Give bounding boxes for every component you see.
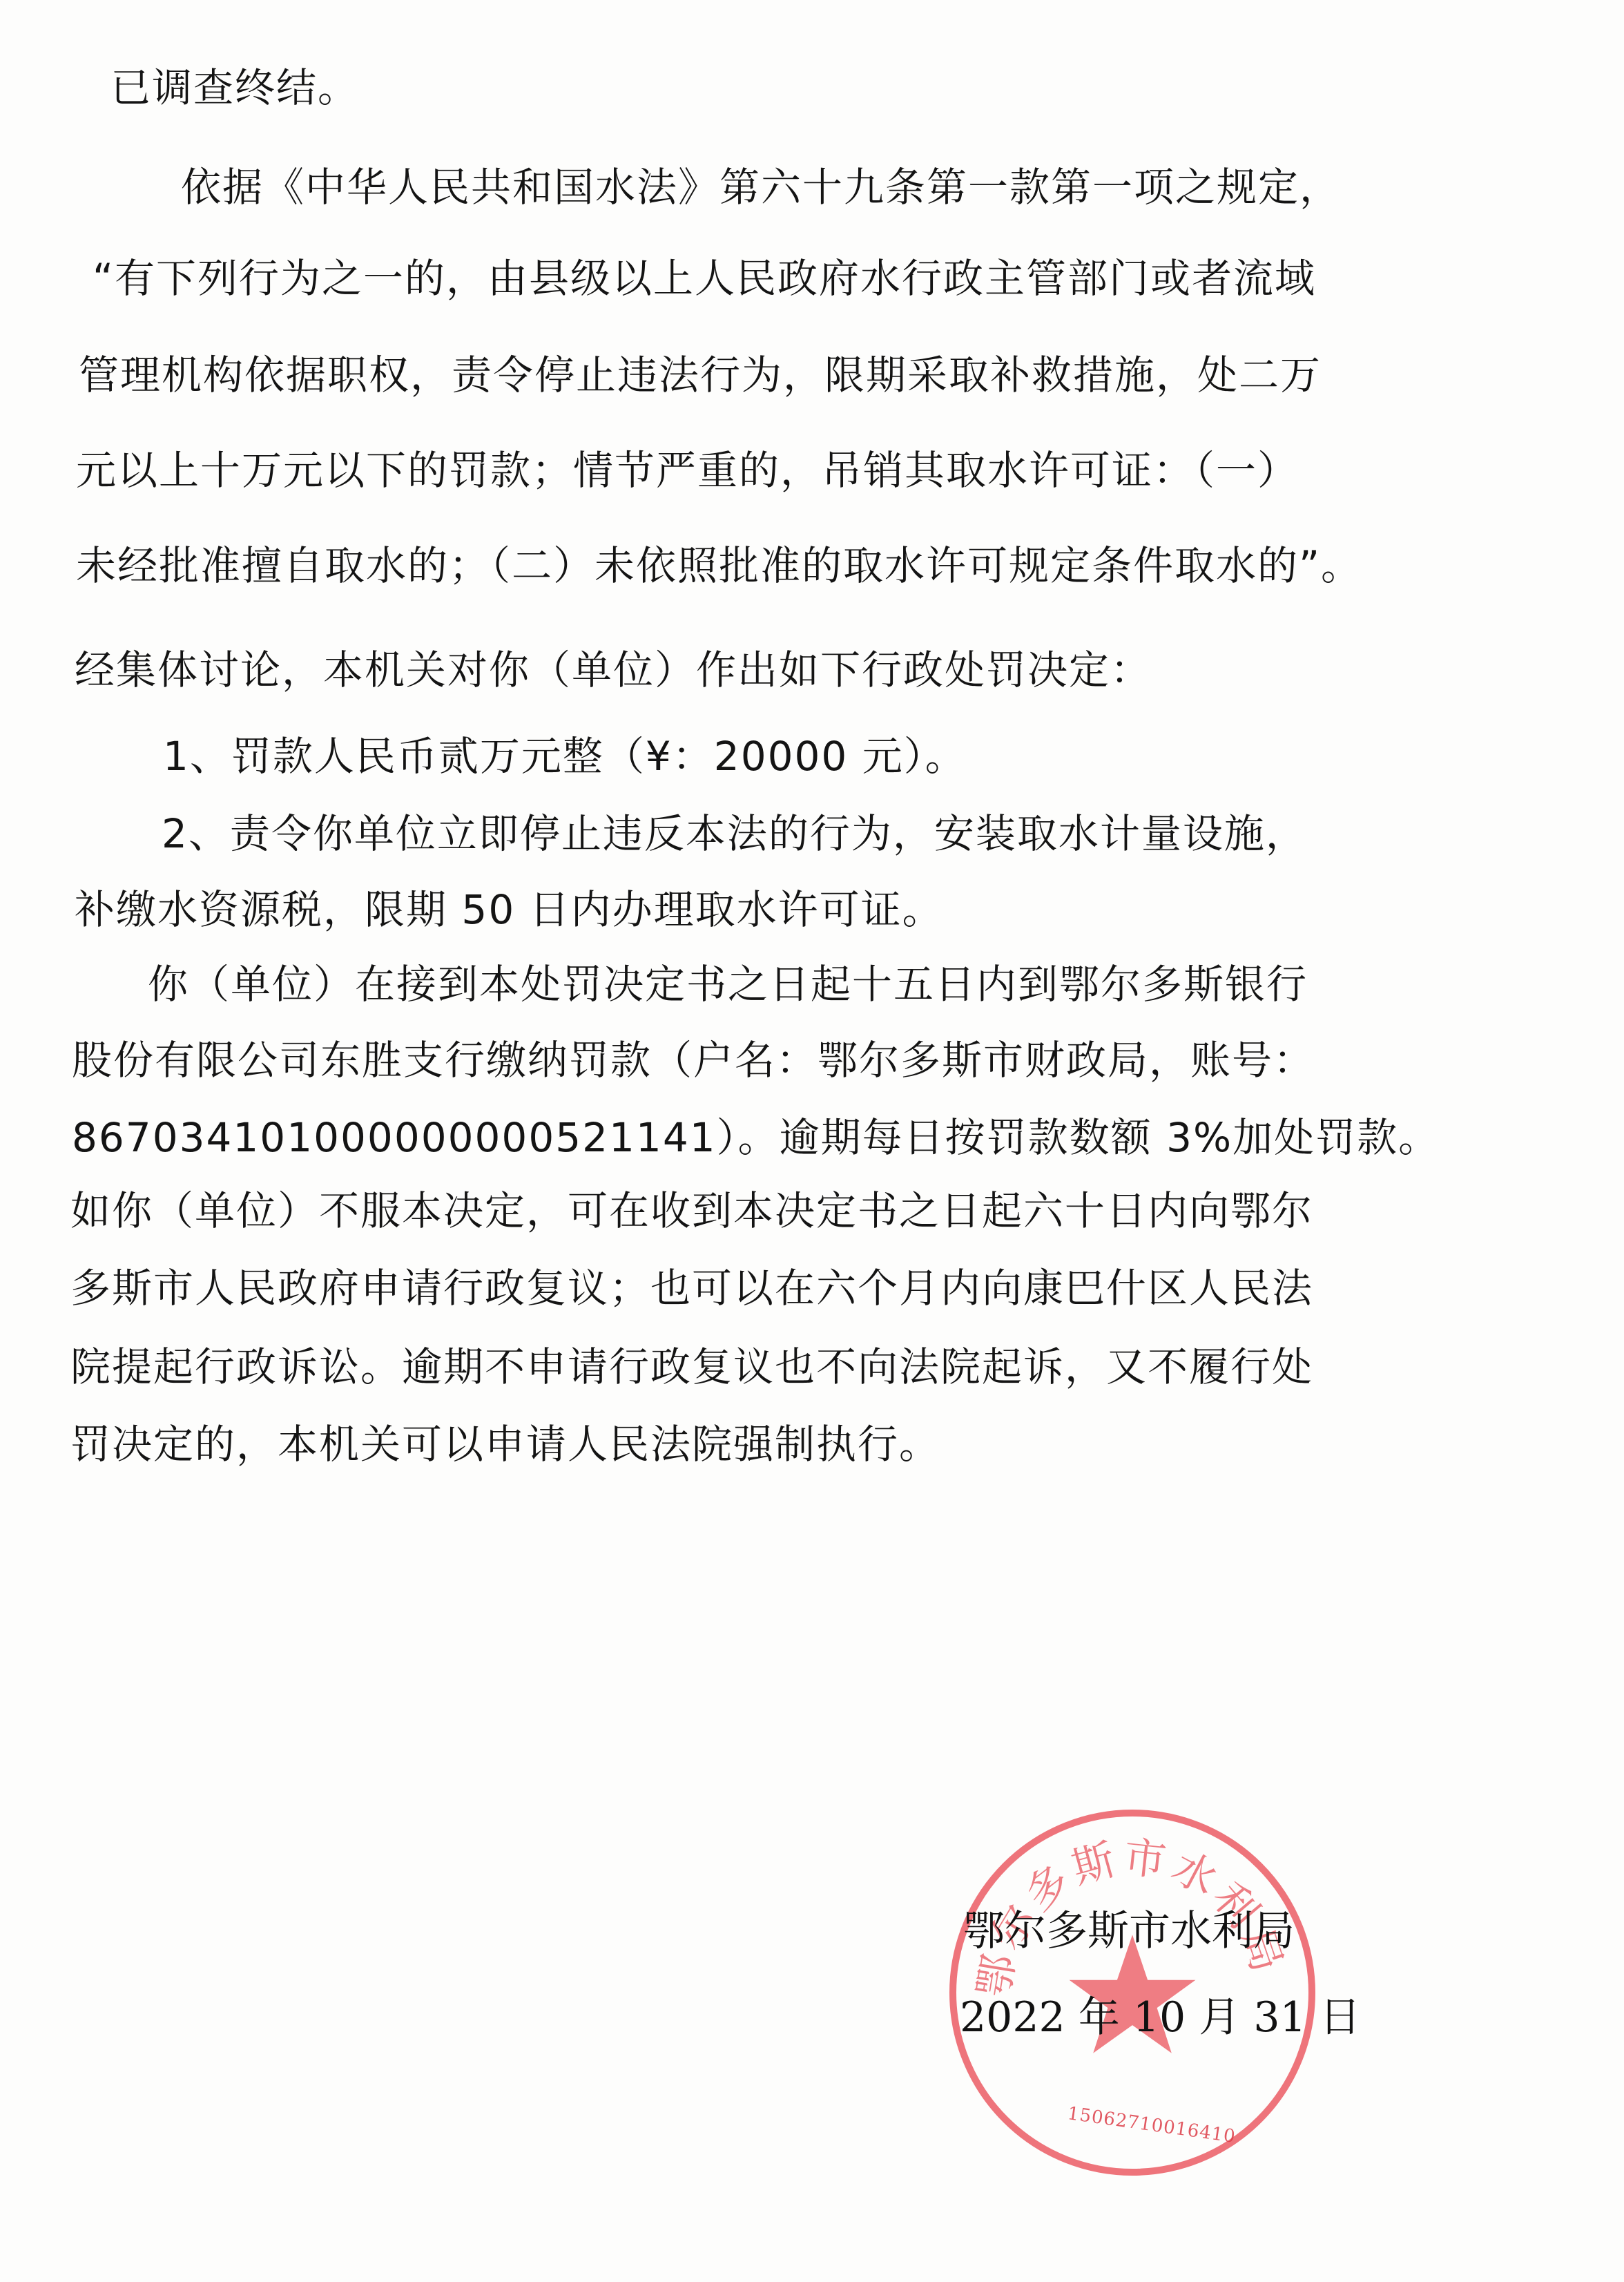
text-line: 你（单位）在接到本处罚决定书之日起十五日内到鄂尔多斯银行 — [148, 960, 1308, 1008]
penalty-item-1: 1、罚款人民币贰万元整（¥：20000 元）。 — [163, 732, 967, 780]
text-line: 院提起行政诉讼。逾期不申请行政复议也不向法院起诉，又不履行处 — [70, 1343, 1313, 1391]
penalty-decision-page: 已调查终结。 依据《中华人民共和国水法》第六十九条第一款第一项之规定， “有下列… — [0, 0, 1624, 2282]
account-line: 867034101000000000521141）。逾期每日按罚款数额 3%加处… — [72, 1113, 1440, 1162]
text-line: 依据《中华人民共和国水法》第六十九条第一款第一项之规定， — [181, 163, 1341, 211]
text-line: 如你（单位）不服本决定，可在收到本决定书之日起六十日内向鄂尔 — [70, 1187, 1313, 1235]
text-line: 罚决定的，本机关可以申请人民法院强制执行。 — [70, 1420, 940, 1468]
issuer-name: 鄂尔多斯市水利局 — [963, 1906, 1295, 1956]
text-line: 已调查终结。 — [110, 64, 359, 112]
text-line: 经集体讨论，本机关对你（单位）作出如下行政处罚决定： — [75, 646, 1152, 694]
text-line: 元以上十万元以下的罚款；情节严重的，吊销其取水许可证：（一） — [76, 446, 1299, 495]
penalty-item-2: 2、责令你单位立即停止违反本法的行为，安装取水计量设施， — [162, 809, 1307, 858]
text-line: 补缴水资源税，限期 50 日内办理取水许可证。 — [75, 885, 944, 934]
issue-date: 2022 年 10 月 31 日 — [960, 1993, 1361, 2042]
text-line: “有下列行为之一的，由县级以上人民政府水行政主管部门或者流域 — [93, 254, 1316, 303]
text-line: 未经批准擅自取水的；（二）未依照批准的取水许可规定条件取水的”。 — [76, 541, 1362, 590]
text-line: 多斯市人民政府申请行政复议；也可以在六个月内向康巴什区人民法 — [70, 1264, 1313, 1312]
text-line: 股份有限公司东胜支行缴纳罚款（户名：鄂尔多斯市财政局，账号： — [72, 1036, 1315, 1084]
text-line: 管理机构依据职权，责令停止违法行为，限期采取补救措施，处二万 — [79, 351, 1322, 399]
